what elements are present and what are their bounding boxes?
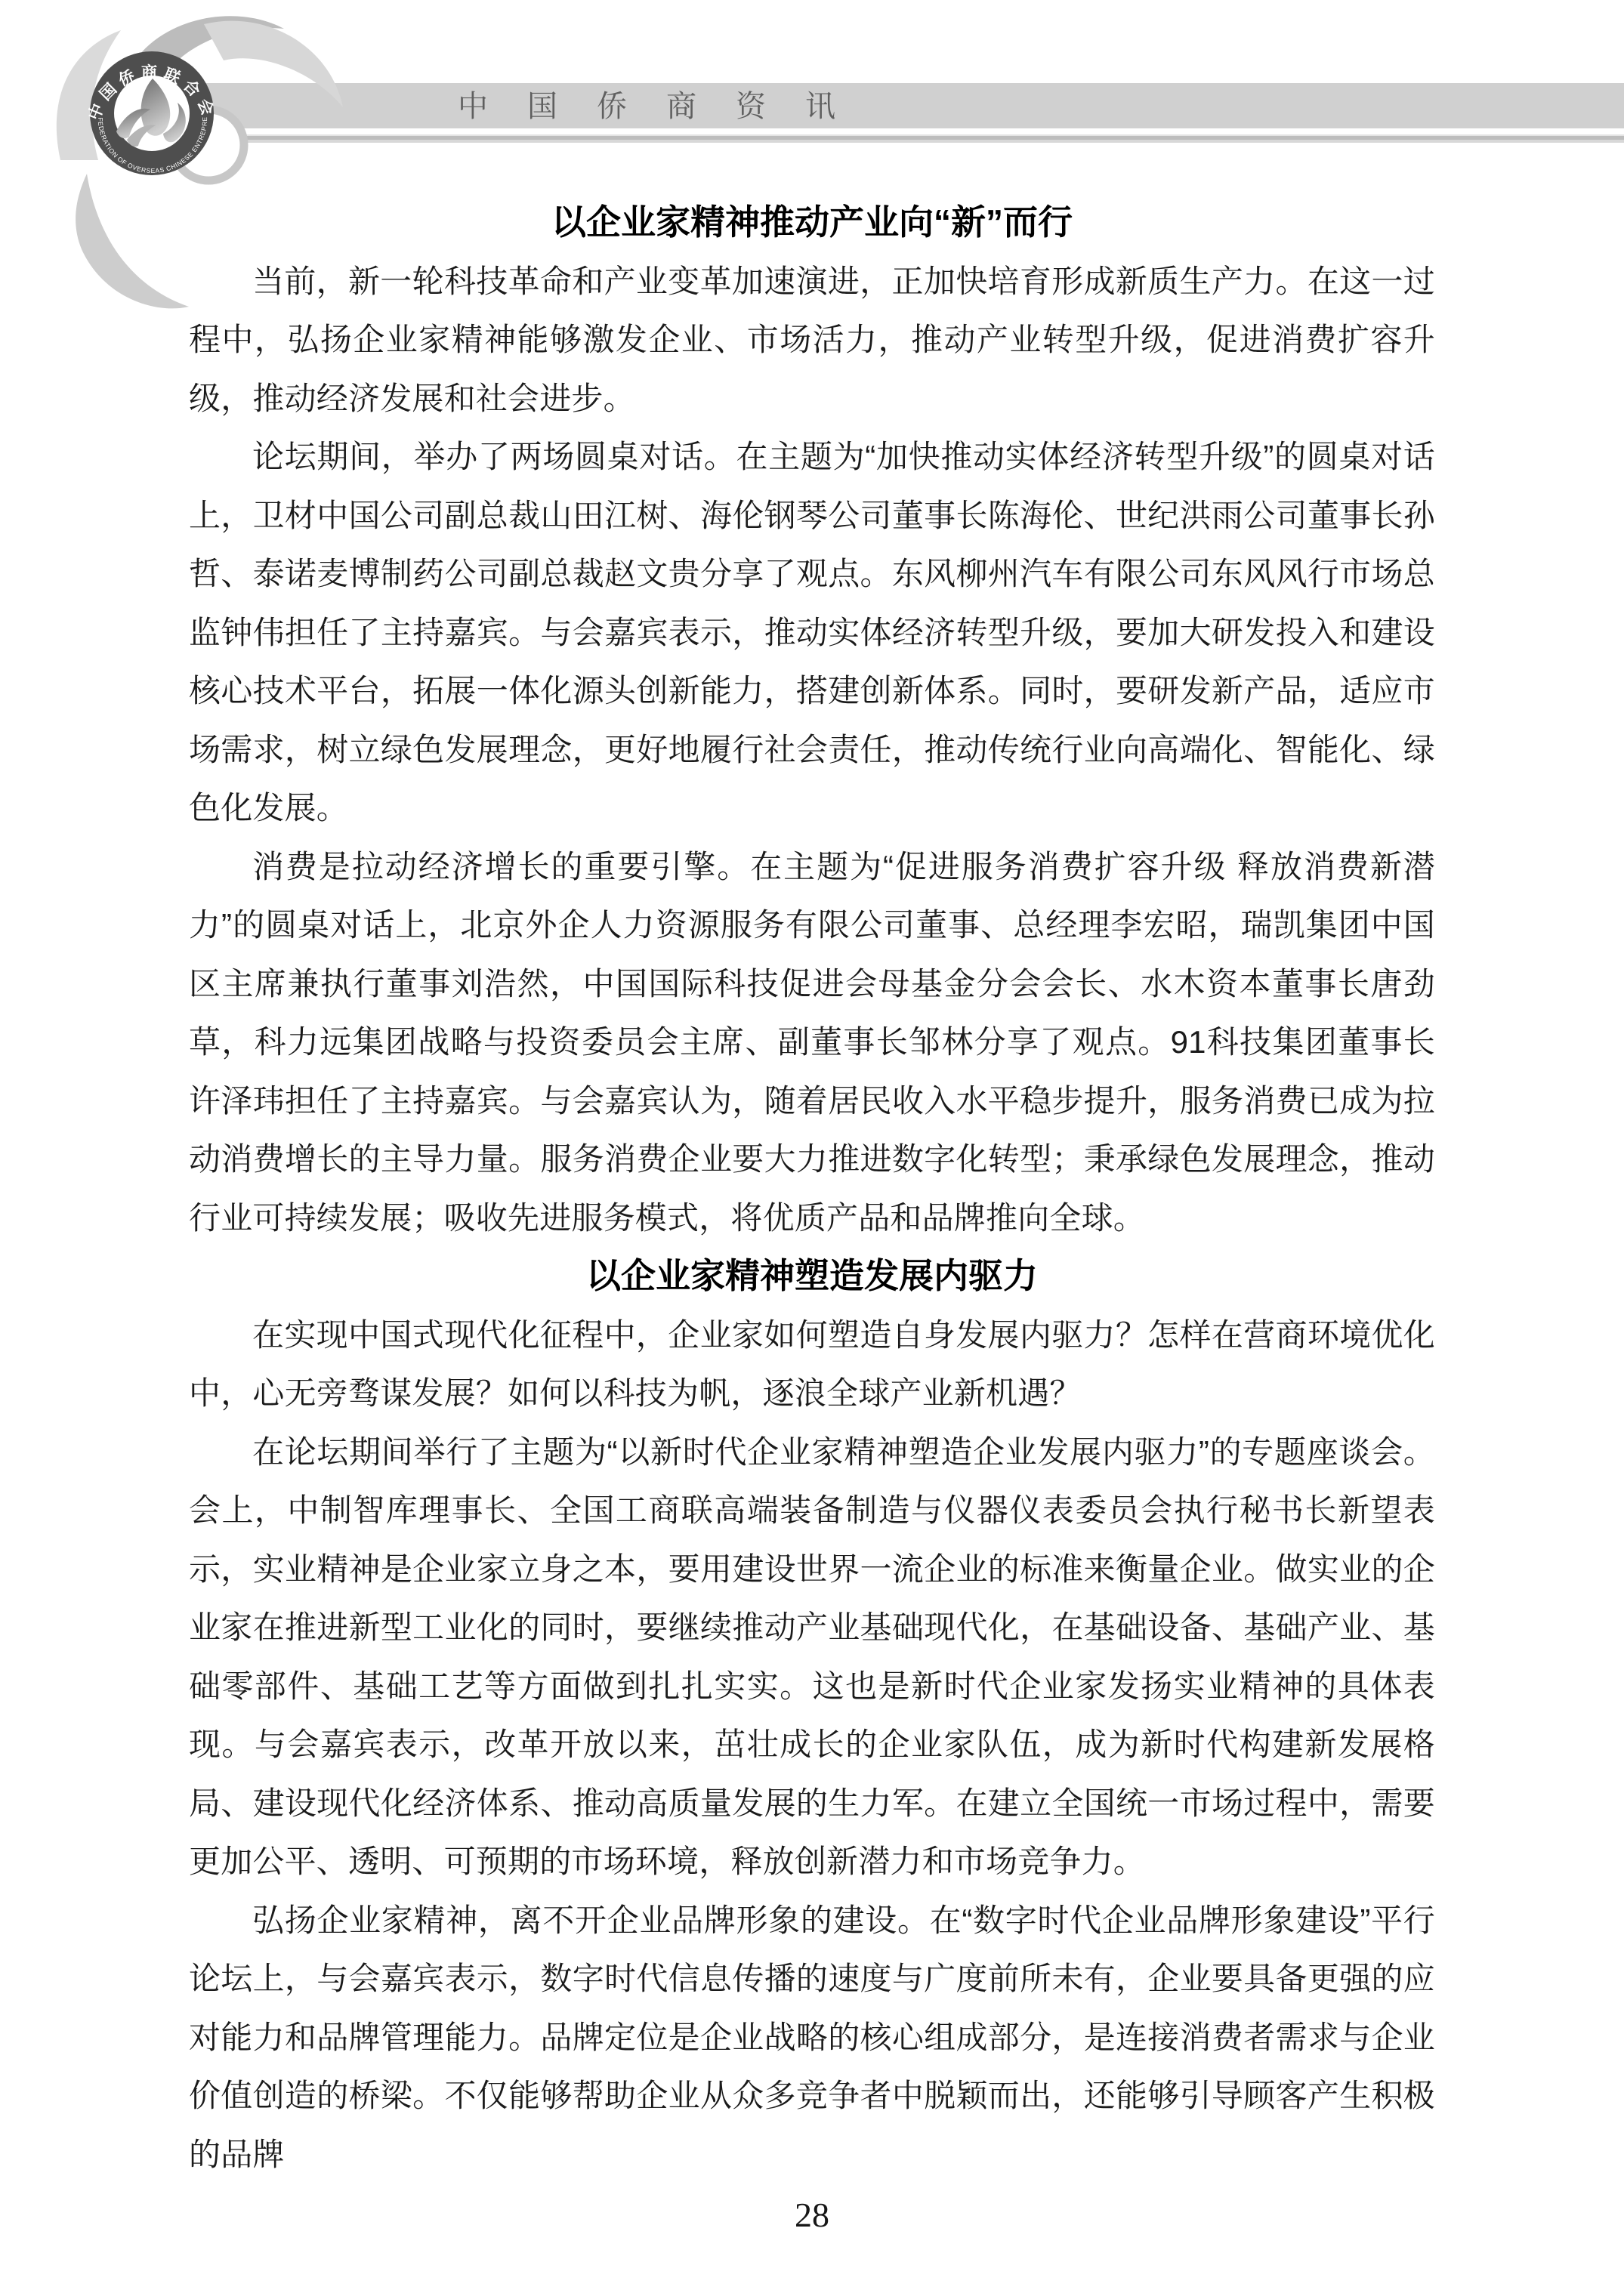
masthead-title: 中国侨商资讯 (458, 83, 875, 128)
section-1-heading: 以企业家精神推动产业向“新”而行 (189, 193, 1435, 252)
paragraph: 在论坛期间举行了主题为“以新时代企业家精神塑造企业发展内驱力”的专题座谈会。会上… (189, 1423, 1435, 1891)
paragraph: 弘扬企业家精神，离不开企业品牌形象的建设。在“数字时代企业品牌形象建设”平行论坛… (189, 1891, 1435, 2184)
paragraph: 消费是拉动经济增长的重要引擎。在主题为“促进服务消费扩容升级 释放消费新潜力”的… (189, 838, 1435, 1248)
masthead-banner: 中国侨商资讯 (193, 83, 1624, 128)
paragraph: 论坛期间，举办了两场圆桌对话。在主题为“加快推动实体经济转型升级”的圆桌对话上，… (189, 427, 1435, 838)
paragraph: 在实现中国式现代化征程中，企业家如何塑造自身发展内驱力？怎样在营商环境优化中，心… (189, 1306, 1435, 1423)
masthead-rule (193, 134, 1624, 143)
logo-petal-right (204, 21, 343, 107)
logo-petal-bottom (76, 174, 189, 308)
section-2-heading: 以企业家精神塑造发展内驱力 (189, 1247, 1435, 1306)
page-number: 28 (0, 2195, 1624, 2235)
paragraph: 当前，新一轮科技革命和产业变革加速演进，正加快培育形成新质生产力。在这一过程中，… (189, 252, 1435, 428)
article-body: 以企业家精神推动产业向“新”而行 当前，新一轮科技革命和产业变革加速演进，正加快… (189, 193, 1435, 2183)
document-page: 中国侨商资讯 中国侨商联合会 (0, 0, 1624, 2293)
